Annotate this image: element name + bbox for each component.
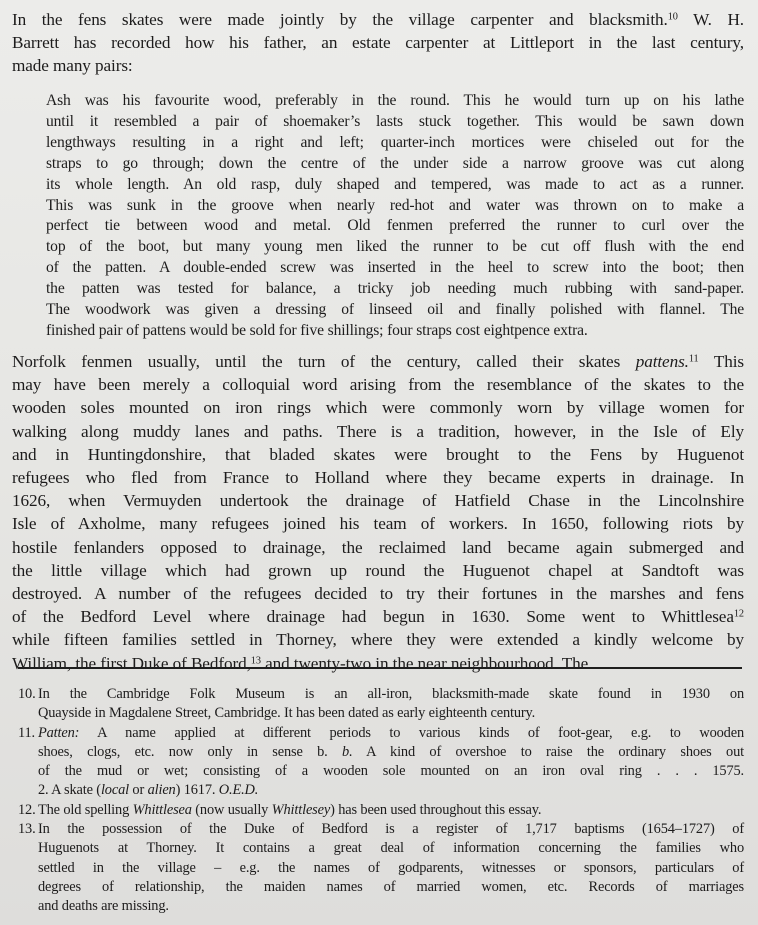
quote-line: top of the boot, but many young men like…	[46, 237, 744, 258]
italic-text: alien	[148, 782, 176, 798]
footnote-reference: 10	[668, 11, 678, 22]
footnote-line: Quayside in Magdalene Street, Cambridge.…	[38, 704, 744, 723]
italic-text: local	[101, 782, 129, 798]
text-line: Norfolk fenmen usually, until the turn o…	[12, 350, 744, 373]
text-line: Isle of Axholme, many refugees joined hi…	[12, 512, 744, 535]
text-line: the little village which had grown up ro…	[12, 559, 744, 582]
footnote-11: 11.Patten: A name applied at different p…	[20, 724, 744, 801]
footnote-line: In the Cambridge Folk Museum is an all-i…	[38, 685, 744, 704]
text-line: hostile fenlanders opposed to drainage, …	[12, 536, 744, 559]
footnote-reference: 11	[689, 353, 699, 364]
footnote-line: The old spelling Whittlesea (now usually…	[38, 801, 744, 820]
footnote-number: 13.	[18, 820, 36, 839]
quote-line: This was sunk in the groove when nearly …	[46, 196, 744, 217]
footnote-number: 12.	[18, 801, 36, 820]
text-line: and in Huntingdonshire, that bladed skat…	[12, 443, 744, 466]
text-line: made many pairs:	[12, 54, 744, 77]
footnote-10: 10.In the Cambridge Folk Museum is an al…	[20, 685, 744, 724]
quote-line: the patten was tested for balance, a tri…	[46, 279, 744, 300]
footnote-number: 11.	[18, 724, 35, 743]
footnote-line: In the possession of the Duke of Bedford…	[38, 820, 744, 839]
quote-line: of the patten. A double-ended screw was …	[46, 258, 744, 279]
footnote-number: 10.	[18, 685, 36, 704]
text-line: while fifteen families settled in Thorne…	[12, 628, 744, 651]
text-line: may have been merely a colloquial word a…	[12, 373, 744, 396]
text-line: wooden soles mounted on iron rings which…	[12, 396, 744, 419]
text-line: Barrett has recorded how his father, an …	[12, 31, 744, 54]
italic-text: Whittlesey	[272, 802, 330, 818]
footnote-line: of the mud or wet; consisting of a woode…	[38, 762, 744, 781]
quote-line: Ash was his favourite wood, preferably i…	[46, 91, 744, 112]
footnote-line: degrees of relationship, the maiden name…	[38, 878, 744, 897]
italic-text: Patten:	[38, 725, 79, 741]
book-page: In the fens skates were made jointly by …	[0, 0, 758, 925]
footnote-line: Patten: A name applied at different peri…	[38, 724, 744, 743]
text-line: walking along muddy lanes and paths. The…	[12, 420, 744, 443]
footnotes: 10.In the Cambridge Folk Museum is an al…	[20, 685, 744, 917]
footnote-12: 12.The old spelling Whittlesea (now usua…	[20, 801, 744, 820]
footnote-line: settled in the village – e.g. the names …	[38, 859, 744, 878]
footnote-line: 2. A skate (local or alien) 1617. O.E.D.	[38, 781, 744, 800]
italic-text: Whittlesea	[133, 802, 192, 818]
text-line: 1626, when Vermuyden undertook the drain…	[12, 489, 744, 512]
footnote-line: Huguenots at Thorney. It contains a grea…	[38, 839, 744, 858]
footnote-13: 13.In the possession of the Duke of Bedf…	[20, 820, 744, 916]
footnote-reference: 12	[734, 609, 744, 620]
footnote-line: and deaths are missing.	[38, 897, 744, 916]
body-paragraph: Norfolk fenmen usually, until the turn o…	[12, 350, 744, 675]
text-line: William, the first Duke of Bedford,13 an…	[12, 652, 744, 675]
quote-line: lengthways resulting in a right and left…	[46, 133, 744, 154]
block-quote: Ash was his favourite wood, preferably i…	[46, 91, 744, 342]
quote-line: until it resembled a pair of shoemaker’s…	[46, 112, 744, 133]
quote-line: The woodwork was given a dressing of lin…	[46, 300, 744, 321]
footnote-reference: 13	[251, 655, 261, 666]
text-line: of the Bedford Level where drainage had …	[12, 605, 744, 628]
quote-line: its whole length. An old rasp, duly shap…	[46, 175, 744, 196]
italic-text: O.E.D.	[219, 782, 258, 798]
text-line: destroyed. A number of the refugees deci…	[12, 582, 744, 605]
intro-paragraph: In the fens skates were made jointly by …	[12, 8, 744, 78]
footnote-line: shoes, clogs, etc. now only in sense b. …	[38, 743, 744, 762]
italic-text: pattens.	[636, 352, 689, 371]
italic-text: b.	[342, 744, 353, 760]
quote-line: straps to go through; down the centre of…	[46, 154, 744, 175]
text-line: refugees who fled from France to Holland…	[12, 466, 744, 489]
text-line: In the fens skates were made jointly by …	[12, 8, 744, 31]
footnote-divider	[18, 667, 742, 669]
quote-line: perfect tie between wood and metal. Old …	[46, 216, 744, 237]
quote-line: finished pair of pattens would be sold f…	[46, 321, 744, 342]
